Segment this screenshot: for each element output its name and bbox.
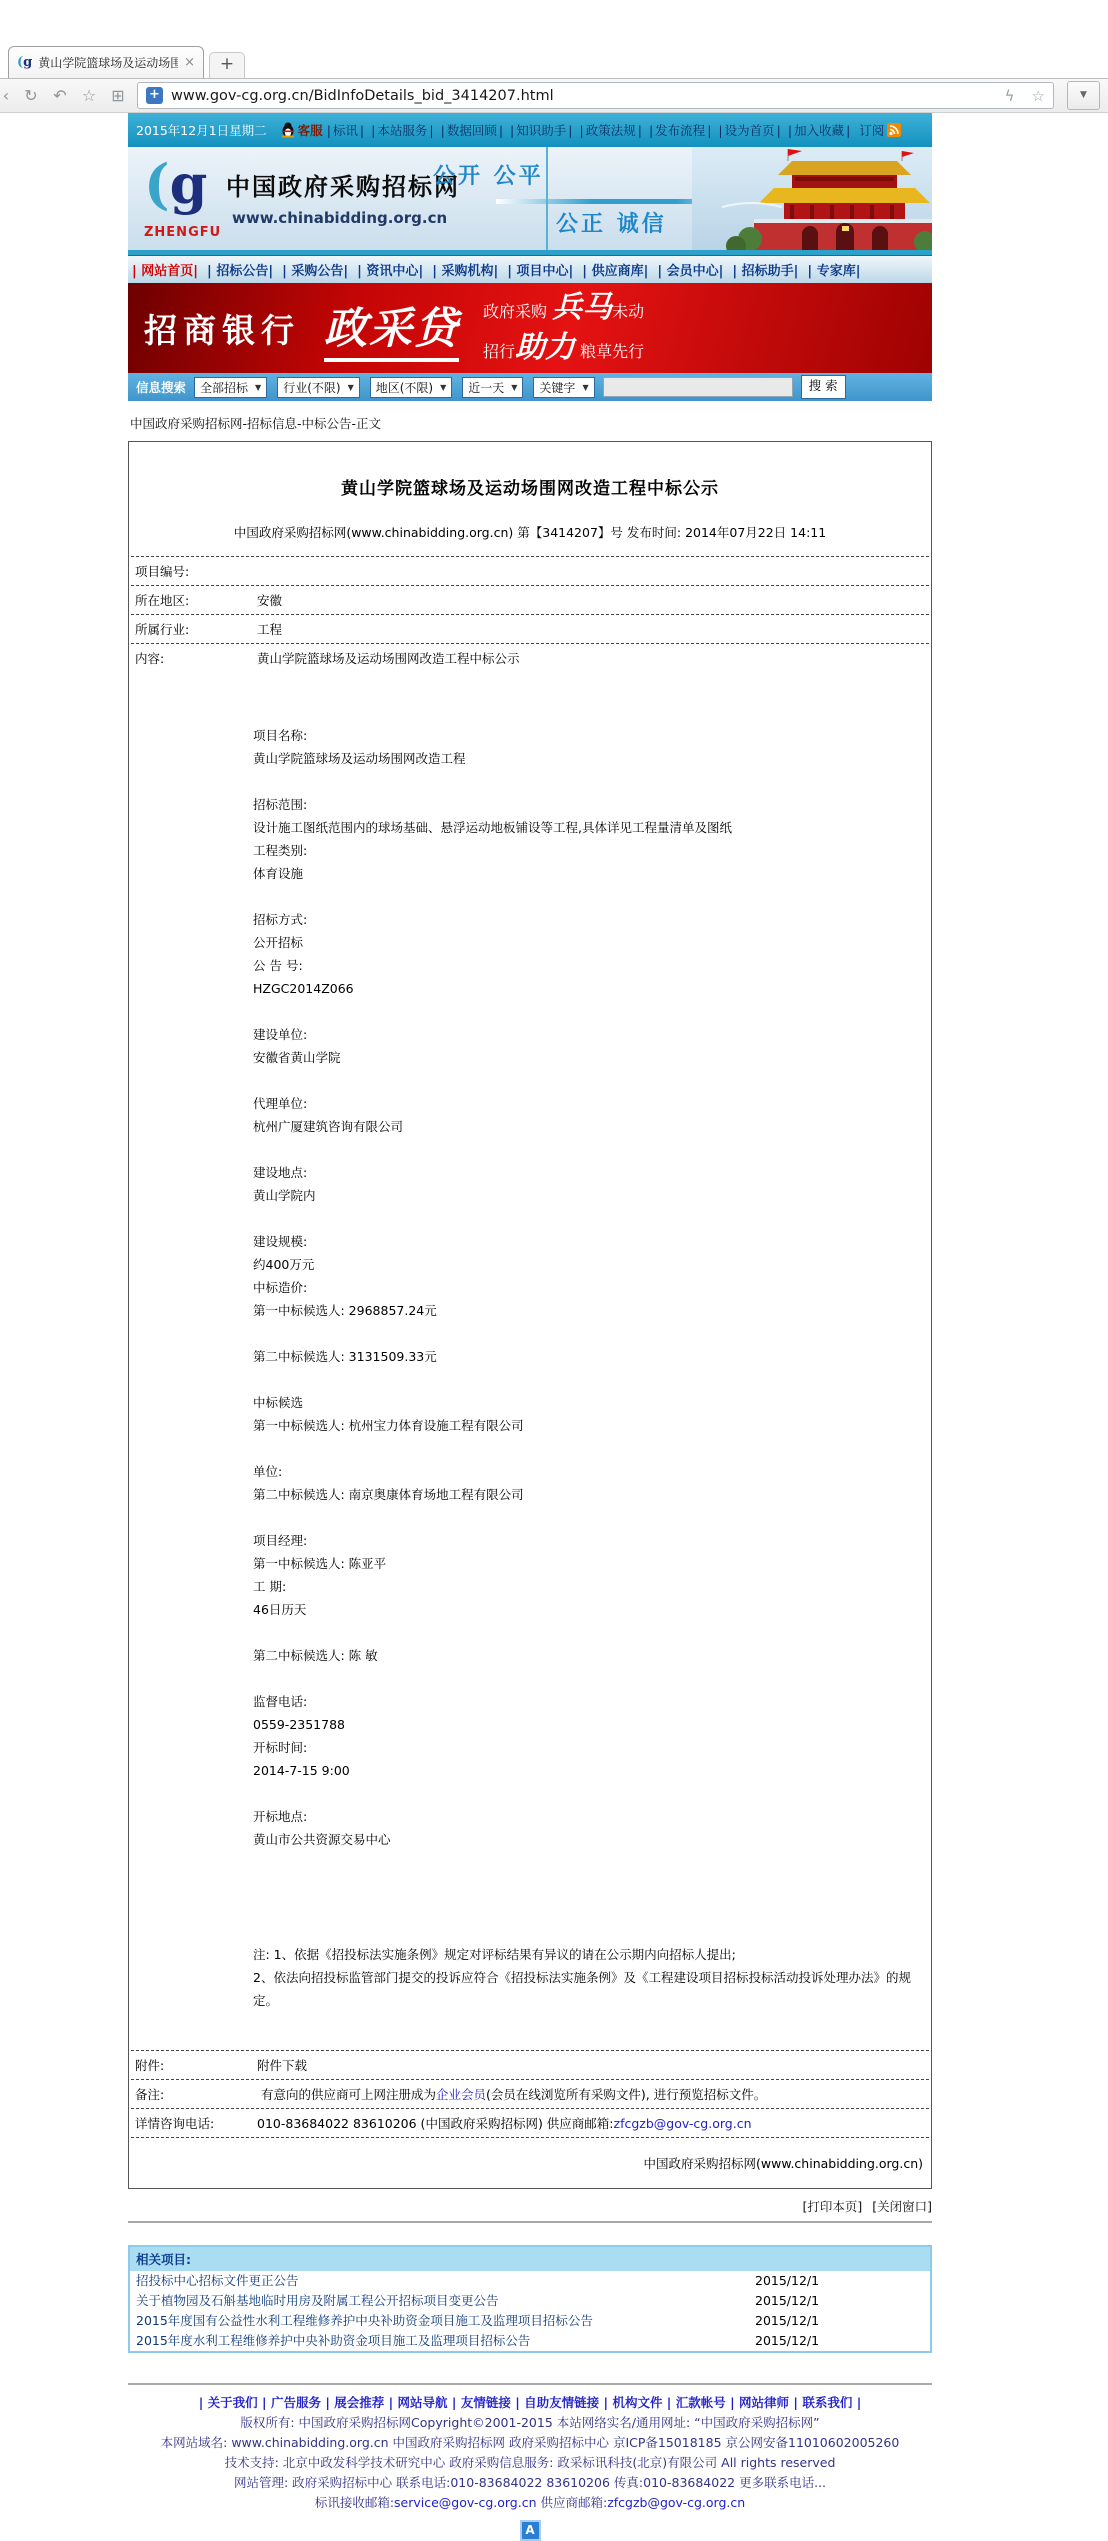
top-info-bar: 2015年12月1日星期二 客服 标讯本站服务数据回顾知识助手政策法规发布流程设… <box>128 113 932 147</box>
body-line <box>253 1782 921 1805</box>
remark-row: 备注: 有意向的供应商可上网注册成为企业会员(会员在线浏览所有采购文件), 进行… <box>131 2080 929 2108</box>
body-line <box>253 1874 921 1897</box>
related-project-row[interactable]: 招投标中心招标文件更正公告 2015/12/1 <box>130 2271 930 2291</box>
chevron-down-icon: ▼ <box>440 383 446 392</box>
chevron-down-icon: ▼ <box>255 383 261 392</box>
rss-icon[interactable] <box>887 123 901 137</box>
nav-link[interactable]: 专家库 <box>807 260 860 279</box>
body-line: 2、依法向招投标监管部门提交的投诉应符合《招投标法实施条例》及《工程建设项目招标… <box>253 1966 921 2012</box>
grid-icon[interactable]: ⊞ <box>108 86 128 105</box>
related-projects-box: 相关项目: 招投标中心招标文件更正公告 2015/12/1 关于植物园及石斛基地… <box>128 2245 932 2353</box>
member-link[interactable]: 企业会员 <box>436 2087 486 2102</box>
top-link[interactable]: 设为首页 <box>718 121 780 139</box>
phone-label: 详情咨询电话: <box>131 2114 257 2132</box>
url-text[interactable]: www.gov-cg.org.cn/BidInfoDetails_bid_341… <box>171 88 988 104</box>
tab-title: 黄山学院篮球场及运动场围 <box>38 54 178 71</box>
refresh-icon[interactable]: ↻ <box>21 86 41 105</box>
field-label: 所在地区: <box>131 591 257 609</box>
search-bar: 信息搜索 全部招标 ▼ 行业(不限) ▼ 地区(不限) ▼ 近一天 ▼ 关键字 … <box>128 373 932 401</box>
related-projects-title: 相关项目: <box>130 2247 930 2271</box>
nav-link[interactable]: 供应商库 <box>582 260 648 279</box>
body-line: 开标时间: <box>253 1736 921 1759</box>
field-row-industry: 所属行业: 工程 <box>131 615 929 644</box>
body-line <box>253 1207 921 1230</box>
nav-link[interactable]: 资讯中心 <box>357 260 423 279</box>
search-filter-select[interactable]: 全部招标 ▼ <box>194 377 267 398</box>
footer-tech-support: 技术支持: 北京中政发科学技术研究中心 政府采购信息服务: 政采标讯科技(北京)… <box>128 2453 932 2473</box>
body-line <box>253 1920 921 1943</box>
bank-ad-banner[interactable]: 招商银行 政采贷 政府采购 兵马未动 招行助力 粮草先行 <box>128 283 932 373</box>
supplier-email-link[interactable]: zfcgzb@gov-cg.org.cn <box>614 2116 752 2131</box>
favorites-star-icon[interactable]: ☆ <box>79 86 99 105</box>
close-window-button[interactable]: [关闭窗口] <box>872 2199 932 2214</box>
site-domain: www.chinabidding.org.cn <box>232 209 447 227</box>
url-dropdown-button[interactable]: ▼ <box>1067 81 1100 110</box>
body-line: 中标造价: <box>253 1276 921 1299</box>
browser-window-top <box>0 0 1108 45</box>
body-line: 项目名称: <box>253 724 921 747</box>
footer-copyright: 版权所有: 中国政府采购招标网Copyright©2001-2015 本站网络实… <box>128 2413 932 2433</box>
tiananmen-image <box>692 147 932 250</box>
body-line: 建设地点: <box>253 1161 921 1184</box>
related-project-link[interactable]: 2015年度国有公益性水利工程维修养护中央补助资金项目施工及监理项目招标公告 <box>136 2313 593 2328</box>
print-page-button[interactable]: [打印本页] <box>802 2199 862 2214</box>
body-line: 项目经理: <box>253 1529 921 1552</box>
divider <box>128 2383 932 2385</box>
field-row-project-no: 项目编号: <box>131 557 929 586</box>
related-project-link[interactable]: 招投标中心招标文件更正公告 <box>136 2273 299 2288</box>
footer-link[interactable]: 汇款帐号 <box>676 2395 739 2410</box>
related-project-row[interactable]: 2015年度国有公益性水利工程维修养护中央补助资金项目施工及监理项目招标公告 2… <box>130 2311 930 2331</box>
nav-link[interactable]: 招标助手 <box>732 260 798 279</box>
footer-link[interactable]: 关于我们 <box>199 2395 271 2410</box>
top-link[interactable]: 数据回顾 <box>441 121 503 139</box>
body-line: 设计施工图纸范围内的球场基础、悬浮运动地板铺设等工程,具体详见工程量清单及图纸 <box>253 816 921 839</box>
phone-row: 详情咨询电话: 010-83684022 83610206 (中国政府采购招标网… <box>131 2109 929 2137</box>
body-line: 体育设施 <box>253 862 921 885</box>
subscribe-link[interactable]: 订阅 <box>859 121 884 139</box>
related-projects-list: 招投标中心招标文件更正公告 2015/12/1 关于植物园及石斛基地临时用房及附… <box>130 2271 930 2351</box>
body-line: 工 期: <box>253 1575 921 1598</box>
search-filter-select[interactable]: 关键字 ▼ <box>533 377 594 398</box>
undo-icon[interactable]: ↶ <box>50 86 70 105</box>
body-line: 第二中标候选人: 南京奥康体育场地工程有限公司 <box>253 1483 921 1506</box>
body-line: 约400万元 <box>253 1253 921 1276</box>
body-line: 招标方式: <box>253 908 921 931</box>
related-project-date: 2015/12/1 <box>755 2331 819 2351</box>
browser-tab[interactable]: (g 黄山学院篮球场及运动场围 × <box>8 46 204 78</box>
body-line <box>253 1437 921 1460</box>
search-filter-select[interactable]: 近一天 ▼ <box>462 377 523 398</box>
attachment-label: 附件: <box>131 2056 257 2074</box>
footer-link[interactable]: 广告服务 <box>271 2395 334 2410</box>
top-link[interactable]: 知识助手 <box>510 121 572 139</box>
ad-product-name: 政采贷 <box>324 295 459 362</box>
footer-link[interactable]: 展会推荐 <box>334 2395 397 2410</box>
close-tab-icon[interactable]: × <box>184 55 195 70</box>
lightning-icon[interactable]: ϟ <box>1005 87 1015 105</box>
field-label: 项目编号: <box>131 562 257 580</box>
body-line: 黄山市公共资源交易中心 <box>253 1828 921 1851</box>
related-project-date: 2015/12/1 <box>755 2311 819 2331</box>
announcement-box: 黄山学院篮球场及运动场围网改造工程中标公示 中国政府采购招标网(www.chin… <box>128 441 932 2189</box>
body-line <box>253 1621 921 1644</box>
body-line <box>253 885 921 908</box>
body-line: 黄山学院篮球场及运动场围网改造工程 <box>253 747 921 770</box>
footer-emails: 标讯接收邮箱:service@gov-cg.org.cn 供应商邮箱:zfcgz… <box>128 2493 932 2513</box>
tab-bar: (g 黄山学院篮球场及运动场围 × + <box>0 45 1108 79</box>
banner-vertical-divider <box>546 147 548 250</box>
body-line: 46日历天 <box>253 1598 921 1621</box>
body-line: 黄山学院内 <box>253 1184 921 1207</box>
body-line: 开标地点: <box>253 1805 921 1828</box>
field-row-content: 内容: 黄山学院篮球场及运动场围网改造工程中标公示 <box>131 644 929 672</box>
body-line: 中标候选 <box>253 1391 921 1414</box>
new-tab-button[interactable]: + <box>209 52 245 78</box>
related-project-link[interactable]: 2015年度水利工程维修养护中央补助资金项目施工及监理项目招标公告 <box>136 2333 530 2348</box>
top-links: 标讯本站服务数据回顾知识助手政策法规发布流程设为首页加入收藏 <box>327 121 858 139</box>
top-link[interactable]: 加入收藏 <box>788 121 850 139</box>
body-line: 第一中标候选人: 陈亚平 <box>253 1552 921 1575</box>
body-line: 工程类别: <box>253 839 921 862</box>
site-column: 2015年12月1日星期二 客服 标讯本站服务数据回顾知识助手政策法规发布流程设… <box>128 113 932 2541</box>
field-label: 内容: <box>131 649 257 667</box>
body-line: 建设规模: <box>253 1230 921 1253</box>
footer-link[interactable]: 网站律师 <box>739 2395 802 2410</box>
related-project-date: 2015/12/1 <box>755 2271 819 2291</box>
footer-link[interactable]: 自助友情链接 <box>524 2395 612 2410</box>
related-project-link[interactable]: 关于植物园及石斛基地临时用房及附属工程公开招标项目变更公告 <box>136 2293 499 2308</box>
nav-link[interactable]: 采购机构 <box>432 260 498 279</box>
browser-toolbar: ‹ ↻ ↶ ☆ ⊞ + www.gov-cg.org.cn/BidInfoDet… <box>0 79 1108 113</box>
body-line <box>253 1368 921 1391</box>
back-icon[interactable]: ‹ <box>0 86 12 105</box>
service-email-link[interactable]: service@gov-cg.org.cn <box>394 2495 536 2510</box>
body-line <box>253 1506 921 1529</box>
select-value: 关键字 <box>539 379 575 396</box>
search-filter-select[interactable]: 行业(不限) ▼ <box>277 377 360 398</box>
body-line: 招标范围: <box>253 793 921 816</box>
body-line: 代理单位: <box>253 1092 921 1115</box>
top-link[interactable]: 政策法规 <box>580 121 642 139</box>
main-nav: 网站首页招标公告采购公告资讯中心采购机构项目中心供应商库会员中心招标助手专家库 <box>128 256 932 283</box>
body-line: 单位: <box>253 1460 921 1483</box>
search-filter-select[interactable]: 地区(不限) ▼ <box>370 377 453 398</box>
body-line: 杭州广厦建筑咨询有限公司 <box>253 1115 921 1138</box>
search-label: 信息搜索 <box>136 378 186 396</box>
body-line: 第二中标候选人: 陈 敏 <box>253 1644 921 1667</box>
site-shield-icon: + <box>146 87 163 104</box>
body-line: 建设单位: <box>253 1023 921 1046</box>
attachment-download-link[interactable]: 附件下载 <box>257 2056 307 2074</box>
qq-penguin-icon <box>281 122 295 138</box>
nav-link[interactable]: 采购公告 <box>282 260 348 279</box>
footer-link[interactable]: 联系我们 <box>802 2395 861 2410</box>
url-bar[interactable]: + www.gov-cg.org.cn/BidInfoDetails_bid_3… <box>137 82 1054 109</box>
body-line <box>253 1322 921 1345</box>
announcement-body: 项目名称:黄山学院篮球场及运动场围网改造工程招标范围:设计施工图纸范围内的球场基… <box>253 724 921 2012</box>
body-line <box>253 1851 921 1874</box>
customer-service-link[interactable]: 客服 <box>298 121 323 139</box>
body-line <box>253 1138 921 1161</box>
divider <box>128 2221 932 2223</box>
body-line: 安徽省黄山学院 <box>253 1046 921 1069</box>
related-project-date: 2015/12/1 <box>755 2291 819 2311</box>
field-value: 黄山学院篮球场及运动场围网改造工程中标公示 <box>257 649 520 667</box>
chevron-down-icon: ▼ <box>511 383 517 392</box>
source-attribution: 中国政府采购招标网(www.chinabidding.org.cn) <box>129 2154 923 2172</box>
footer-links: 关于我们广告服务展会推荐网站导航友情链接自助友情链接机构文件汇款帐号网站律师联系… <box>128 2393 932 2413</box>
site-logo-caption: ZHENGFU <box>144 225 221 240</box>
related-project-row[interactable]: 2015年度水利工程维修养护中央补助资金项目施工及监理项目招标公告 2015/1… <box>130 2331 930 2351</box>
top-link[interactable]: 本站服务 <box>371 121 433 139</box>
footer-domain: 本网站域名: www.chinabidding.org.cn 中国政府采购招标网… <box>128 2433 932 2453</box>
related-project-row[interactable]: 关于植物园及石斛基地临时用房及附属工程公开招标项目变更公告 2015/12/1 <box>130 2291 930 2311</box>
breadcrumb: 中国政府采购招标网-招标信息-中标公告-正文 <box>130 414 932 432</box>
footer-link[interactable]: 机构文件 <box>612 2395 675 2410</box>
body-line: 公 告 号: <box>253 954 921 977</box>
search-button[interactable]: 搜 索 <box>801 375 846 399</box>
body-line: 0559-2351788 <box>253 1713 921 1736</box>
page-actions: [打印本页] [关闭窗口] <box>128 2197 932 2215</box>
search-input[interactable] <box>603 377 793 397</box>
nav-link[interactable]: 会员中心 <box>657 260 723 279</box>
divider <box>131 2137 929 2138</box>
chevron-down-icon: ▼ <box>348 383 354 392</box>
site-footer: 关于我们广告服务展会推荐网站导航友情链接自助友情链接机构文件汇款帐号网站律师联系… <box>128 2393 932 2541</box>
body-line: 公开招标 <box>253 931 921 954</box>
ad-slogan: 政府采购 兵马未动 招行助力 粮草先行 <box>483 288 644 369</box>
body-line: HZGC2014Z066 <box>253 977 921 1000</box>
ad-bank-name: 招商银行 <box>144 305 300 352</box>
body-line <box>253 1897 921 1920</box>
attachment-row: 附件: 附件下载 <box>131 2051 929 2079</box>
slogan-just-honest: 公正 诚信 <box>556 207 667 238</box>
footer-link[interactable]: 友情链接 <box>461 2395 524 2410</box>
body-line: 2014-7-15 9:00 <box>253 1759 921 1782</box>
body-line: 第一中标候选人: 杭州宝力体育设施工程有限公司 <box>253 1414 921 1437</box>
field-value: 安徽 <box>257 591 282 609</box>
site-favicon: (g <box>17 55 32 70</box>
body-line <box>253 1667 921 1690</box>
field-row-region: 所在地区: 安徽 <box>131 586 929 615</box>
body-line <box>253 1069 921 1092</box>
announcement-meta: 中国政府采购招标网(www.chinabidding.org.cn) 第【341… <box>129 523 931 541</box>
nav-link[interactable]: 招标公告 <box>207 260 273 279</box>
footer-management: 网站管理: 政府采购招标中心 联系电话:010-83684022 8361020… <box>128 2473 932 2493</box>
body-line: 注: 1、依据《招投标法实施条例》规定对评标结果有异议的请在公示期内向招标人提出… <box>253 1943 921 1966</box>
footer-link[interactable]: 网站导航 <box>398 2395 461 2410</box>
top-link[interactable]: 标讯 <box>327 121 364 139</box>
select-value: 全部招标 <box>200 379 248 396</box>
accessibility-badge-icon[interactable]: A <box>520 2520 541 2541</box>
field-label: 所属行业: <box>131 620 257 638</box>
body-line <box>253 1000 921 1023</box>
chevron-down-icon: ▼ <box>582 383 588 392</box>
supplier-email-link[interactable]: zfcgzb@gov-cg.org.cn <box>607 2495 745 2510</box>
top-link[interactable]: 发布流程 <box>649 121 711 139</box>
site-name: 中国政府采购招标网 <box>226 167 460 202</box>
nav-link[interactable]: 项目中心 <box>507 260 573 279</box>
body-line: 监督电话: <box>253 1690 921 1713</box>
site-logo: (g <box>144 149 207 219</box>
select-value: 行业(不限) <box>283 379 340 396</box>
current-date: 2015年12月1日星期二 <box>136 121 267 139</box>
remark-text: 有意向的供应商可上网注册成为企业会员(会员在线浏览所有采购文件), 进行预览招标… <box>257 2085 766 2103</box>
select-value: 近一天 <box>468 379 504 396</box>
nav-link[interactable]: 网站首页 <box>132 260 198 279</box>
field-value: 工程 <box>257 620 282 638</box>
announcement-title: 黄山学院篮球场及运动场围网改造工程中标公示 <box>129 474 931 499</box>
body-line: 第一中标候选人: 2968857.24元 <box>253 1299 921 1322</box>
body-line: 第二中标候选人: 3131509.33元 <box>253 1345 921 1368</box>
remark-label: 备注: <box>131 2085 257 2103</box>
bookmark-star-icon[interactable]: ☆ <box>1032 87 1045 105</box>
body-line <box>253 770 921 793</box>
phone-text: 010-83684022 83610206 (中国政府采购招标网) 供应商邮箱:… <box>257 2114 752 2132</box>
slogan-open-fair: 公开 公平 <box>433 159 544 190</box>
select-value: 地区(不限) <box>376 379 433 396</box>
site-masthead: (g ZHENGFU 中国政府采购招标网 www.chinabidding.or… <box>128 147 932 250</box>
